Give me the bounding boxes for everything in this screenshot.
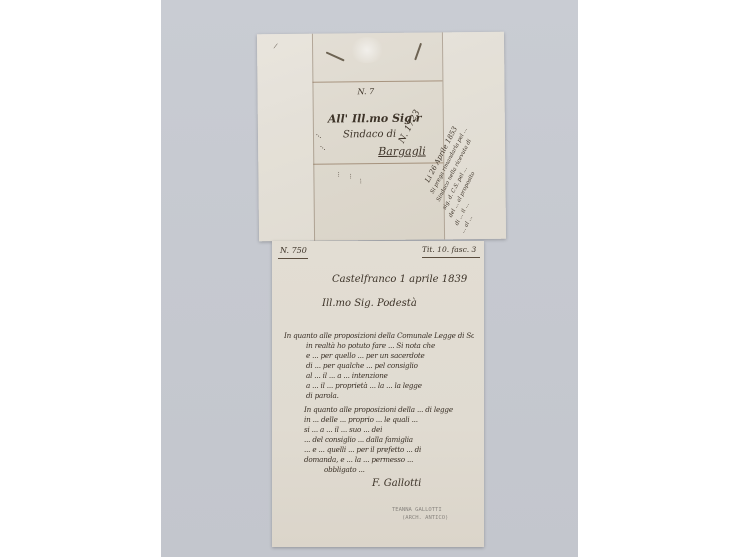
folded-letter-wrapper: ⁄ N. 7 All' Ill.mo Sig.r Sindaco di Barg…: [257, 32, 506, 242]
header-left: N. 750: [280, 247, 307, 255]
body-line: si ... a ... il ... suo ... dei: [284, 425, 474, 435]
salutation: Ill.mo Sig. Podestà: [322, 299, 417, 309]
body-line: in ... delle ... proprio ... le quali ..…: [284, 415, 474, 425]
body-line: in realtà ho potuto fare ... Si nota che: [284, 341, 474, 351]
place-date: Castelfranco 1 aprile 1839: [332, 275, 467, 285]
fold-line-bottom: [313, 162, 443, 164]
top-mark: N. 7: [357, 88, 374, 96]
body-line: e ... per quello ... per un sacerdote: [284, 351, 474, 361]
body-line: di parola.: [284, 391, 474, 401]
header-left-underline: [278, 258, 308, 259]
body-line: ... del consiglio ... dalla famiglia: [284, 435, 474, 445]
left-mark-2: ...: [319, 142, 329, 152]
lower-column-1: ...: [336, 171, 342, 177]
ink-stroke: [414, 43, 422, 61]
handwritten-letter: N. 750 Tit. 10. fasc. 3 Castelfranco 1 a…: [272, 241, 484, 547]
side-note-number: N. 1723: [398, 43, 457, 145]
pencil-note-line-2: (ARCH. ANTICO): [402, 515, 448, 521]
corner-mark: ⁄: [275, 44, 276, 50]
fold-line-top: [312, 80, 442, 82]
address-line-2: Sindaco di: [343, 130, 396, 141]
body-line: obbligato ...: [284, 465, 474, 475]
left-flap: [257, 34, 314, 242]
letter-body: In quanto alle proposizioni della Comuna…: [284, 331, 474, 475]
lower-column-3: ...: [358, 178, 364, 184]
body-line: In quanto alle proposizioni della ... di…: [284, 405, 474, 415]
header-right-underline: [422, 257, 480, 258]
body-line: ... e ... quelli ... per il prefetto ...…: [284, 445, 474, 455]
ink-stroke: [326, 51, 345, 61]
body-line: In quanto alle proposizioni della Comuna…: [284, 331, 474, 341]
header-right: Tit. 10. fasc. 3: [422, 246, 476, 254]
body-line: al ... il ... a ... intenzione: [284, 371, 474, 381]
lower-column-2: ...: [348, 173, 354, 179]
signature: F. Gallotti: [372, 479, 421, 489]
pencil-note-line-1: TEANNA GALLOTTI: [392, 507, 442, 513]
body-line: domanda, e ... la ... permesso ...: [284, 455, 474, 465]
left-mark-1: ...: [315, 130, 325, 140]
body-line: a ... il ... proprietà ... la ... la leg…: [284, 381, 474, 391]
wax-seal-impression: [349, 37, 385, 63]
body-line: di ... per qualche ... pel consiglio: [284, 361, 474, 371]
